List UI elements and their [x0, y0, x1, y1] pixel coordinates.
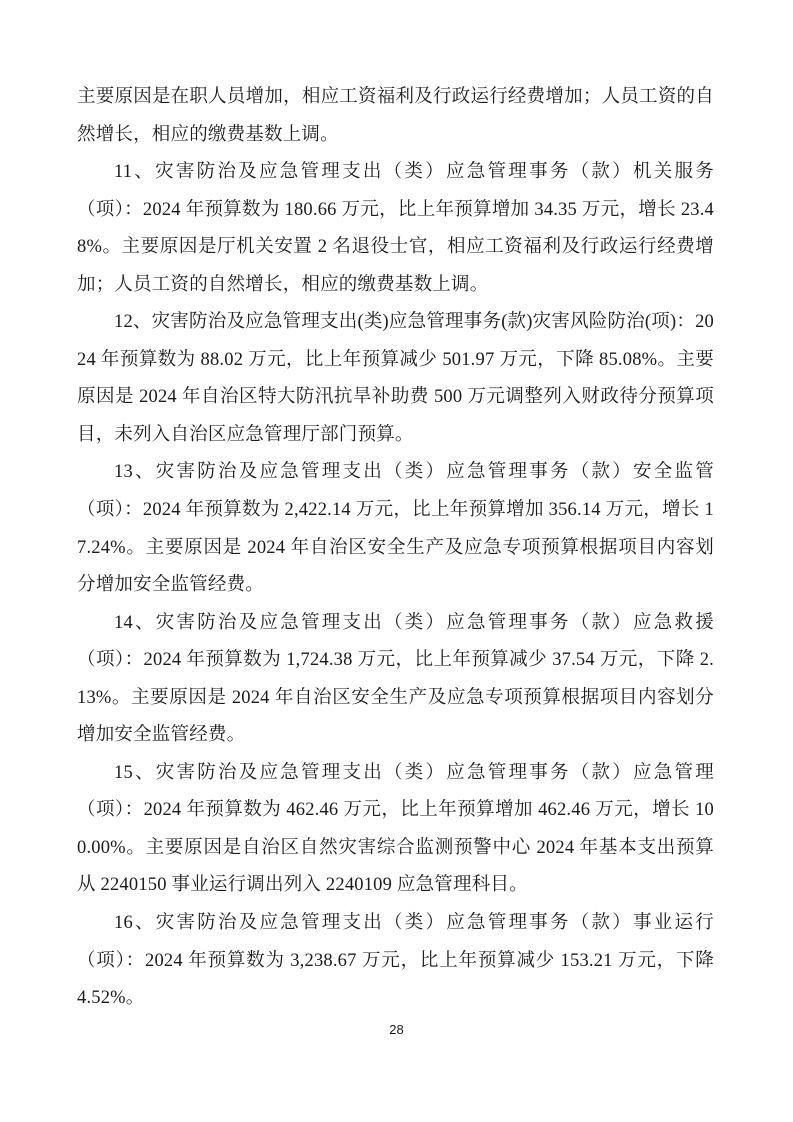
document-page: 主要原因是在职人员增加，相应工资福利及行政运行经费增加；人员工资的自然增长，相应…: [0, 0, 793, 1122]
paragraph-item-12: 12、灾害防治及应急管理支出(类)应急管理事务(款)灾害风险防治(项)：2024…: [77, 304, 714, 454]
paragraph-item-15: 15、灾害防治及应急管理支出（类）应急管理事务（款）应急管理（项）：2024 年…: [77, 755, 714, 905]
paragraph-item-11: 11、灾害防治及应急管理支出（类）应急管理事务（款）机关服务（项）：2024 年…: [77, 154, 714, 304]
document-body: 主要原因是在职人员增加，相应工资福利及行政运行经费增加；人员工资的自然增长，相应…: [77, 79, 714, 1018]
page-number: 28: [0, 1022, 793, 1037]
paragraph-item-14: 14、灾害防治及应急管理支出（类）应急管理事务（款）应急救援（项）：2024 年…: [77, 605, 714, 755]
paragraph-continuation: 主要原因是在职人员增加，相应工资福利及行政运行经费增加；人员工资的自然增长，相应…: [77, 79, 714, 154]
paragraph-item-16: 16、灾害防治及应急管理支出（类）应急管理事务（款）事业运行（项）：2024 年…: [77, 905, 714, 1018]
paragraph-item-13: 13、灾害防治及应急管理支出（类）应急管理事务（款）安全监管（项）：2024 年…: [77, 454, 714, 604]
